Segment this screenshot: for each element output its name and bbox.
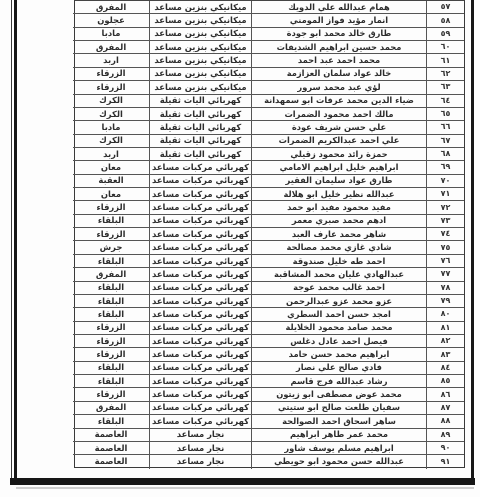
- serial-number-cell: ٧٦: [426, 255, 464, 268]
- serial-number-cell: ٨٥: [426, 375, 464, 388]
- full-name-cell: طارق خالد محمد ابو جودة: [251, 28, 426, 41]
- governorate-cell: البلقاء: [73, 295, 149, 308]
- trade-cell: كهربائي اليات ثقيلة: [149, 135, 251, 148]
- scanned-page: ٥٧همام عبدالله علي الدويكميكانيكي بنزين …: [0, 0, 480, 497]
- governorate-cell: المفرق: [73, 41, 149, 54]
- governorate-cell: الزرقاء: [73, 68, 149, 81]
- governorate-cell: البلقاء: [73, 362, 149, 375]
- governorate-cell: معان: [73, 161, 149, 174]
- trade-cell: ميكانيكي بنزين مساعد: [149, 14, 251, 27]
- full-name-cell: محمد عوض مصطفى ابو زيتون: [251, 388, 426, 401]
- serial-number-cell: ٨٩: [426, 429, 464, 442]
- full-name-cell: محمد عمر طاهر ابراهيم: [251, 429, 426, 442]
- full-name-cell: احمد طه خليل صندوقة: [251, 255, 426, 268]
- governorate-cell: جرش: [73, 241, 149, 254]
- serial-number-cell: ٦١: [426, 54, 464, 67]
- governorate-cell: البلقاء: [73, 308, 149, 321]
- governorate-cell: معان: [73, 188, 149, 201]
- governorate-cell: مادبا: [73, 28, 149, 41]
- governorate-cell: المفرق: [73, 268, 149, 281]
- serial-number-cell: ٧٥: [426, 241, 464, 254]
- trade-cell: كهربائي مركبات مساعد: [149, 348, 251, 361]
- full-name-cell: حمزة رائد محمود زقيلي: [251, 148, 426, 161]
- trade-cell: نجار مساعد: [149, 455, 251, 468]
- full-name-cell: علي حسن شريف عودة: [251, 121, 426, 134]
- trade-cell: كهربائي مركبات مساعد: [149, 322, 251, 335]
- serial-number-cell: ٨١: [426, 322, 464, 335]
- trade-cell: كهربائي مركبات مساعد: [149, 255, 251, 268]
- serial-number-cell: ٧٠: [426, 175, 464, 188]
- full-name-cell: امجد حسن احمد السطري: [251, 308, 426, 321]
- serial-number-cell: ٧٨: [426, 282, 464, 295]
- governorate-cell: البلقاء: [73, 282, 149, 295]
- serial-number-cell: ٨٣: [426, 348, 464, 361]
- trade-cell: ميكانيكي بنزين مساعد: [149, 54, 251, 67]
- governorate-cell: مادبا: [73, 121, 149, 134]
- full-name-cell: محمد صامد محمود الخلايلة: [251, 322, 426, 335]
- full-name-cell: عبدالهادي عليان محمد المشاقبة: [251, 268, 426, 281]
- serial-number-cell: ٨٤: [426, 362, 464, 375]
- trade-cell: كهربائي مركبات مساعد: [149, 282, 251, 295]
- personnel-roster-table: ٥٧همام عبدالله علي الدويكميكانيكي بنزين …: [74, 0, 465, 468]
- full-name-cell: ابراهيم مسلم يوسف شاور: [251, 442, 426, 455]
- trade-cell: كهربائي مركبات مساعد: [149, 188, 251, 201]
- trade-cell: كهربائي اليات ثقيلة: [149, 121, 251, 134]
- trade-cell: كهربائي مركبات مساعد: [149, 402, 251, 415]
- full-name-cell: ضياء الدين محمد عرفات ابو سمهدانة: [251, 95, 426, 108]
- trade-cell: نجار مساعد: [149, 429, 251, 442]
- full-name-cell: همام عبدالله علي الدويك: [251, 1, 426, 14]
- serial-number-cell: ٧٧: [426, 268, 464, 281]
- governorate-cell: الزرقاء: [73, 228, 149, 241]
- serial-number-cell: ٧٢: [426, 201, 464, 214]
- serial-number-cell: ٦٩: [426, 161, 464, 174]
- serial-number-cell: ٦٧: [426, 135, 464, 148]
- trade-cell: كهربائي مركبات مساعد: [149, 268, 251, 281]
- serial-number-cell: ٨٧: [426, 402, 464, 415]
- serial-number-cell: ٩٠: [426, 442, 464, 455]
- trade-cell: كهربائي اليات ثقيلة: [149, 148, 251, 161]
- full-name-cell: علي احمد عبدالكريم الضمرات: [251, 135, 426, 148]
- page-border-bottom-rule: [10, 478, 475, 485]
- full-name-cell: ابراهيم خليل ابراهيم الامامي: [251, 161, 426, 174]
- full-name-cell: انمار مؤيد فواز المومني: [251, 14, 426, 27]
- full-name-cell: شاهر محمد عارف العبد: [251, 228, 426, 241]
- full-name-cell: محمد حسين ابراهيم الشديفات: [251, 41, 426, 54]
- governorate-cell: البلقاء: [73, 215, 149, 228]
- serial-number-cell: ٧٣: [426, 215, 464, 228]
- serial-number-cell: ٧٤: [426, 228, 464, 241]
- serial-number-cell: ٧١: [426, 188, 464, 201]
- governorate-cell: العاصمة: [73, 429, 149, 442]
- trade-cell: كهربائي مركبات مساعد: [149, 415, 251, 428]
- full-name-cell: مالك احمد محمود الضمرات: [251, 108, 426, 121]
- governorate-cell: البلقاء: [73, 255, 149, 268]
- governorate-cell: المفرق: [73, 1, 149, 14]
- governorate-cell: البلقاء: [73, 375, 149, 388]
- serial-number-cell: ٨٢: [426, 335, 464, 348]
- governorate-cell: العاصمة: [73, 455, 149, 468]
- trade-cell: ميكانيكي بنزين مساعد: [149, 41, 251, 54]
- full-name-cell: عبدالله حسن محمود ابو حويطي: [251, 455, 426, 468]
- serial-number-cell: ٦٢: [426, 68, 464, 81]
- full-name-cell: عبدالله نظير خليل ابو هلالة: [251, 188, 426, 201]
- serial-number-cell: ٥٧: [426, 1, 464, 14]
- trade-cell: كهربائي مركبات مساعد: [149, 388, 251, 401]
- full-name-cell: عزو محمد عزو عبدالرحمن: [251, 295, 426, 308]
- full-name-cell: لؤي عبد محمد سرور: [251, 81, 426, 94]
- serial-number-cell: ٦٥: [426, 108, 464, 121]
- trade-cell: كهربائي مركبات مساعد: [149, 375, 251, 388]
- trade-cell: كهربائي مركبات مساعد: [149, 201, 251, 214]
- governorate-cell: العاصمة: [73, 442, 149, 455]
- trade-cell: ميكانيكي بنزين مساعد: [149, 1, 251, 14]
- full-name-cell: فيصل احمد عادل دغلس: [251, 335, 426, 348]
- trade-cell: كهربائي اليات ثقيلة: [149, 95, 251, 108]
- governorate-cell: الزرقاء: [73, 81, 149, 94]
- serial-number-cell: ٦٠: [426, 41, 464, 54]
- trade-cell: كهربائي مركبات مساعد: [149, 362, 251, 375]
- trade-cell: ميكانيكي بنزين مساعد: [149, 81, 251, 94]
- trade-cell: كهربائي مركبات مساعد: [149, 295, 251, 308]
- full-name-cell: طارق عواد سليمان الفقير: [251, 175, 426, 188]
- full-name-cell: خالد عواد سلمان العزازمة: [251, 68, 426, 81]
- full-name-cell: ساهر اسحاق احمد الصوالحة: [251, 415, 426, 428]
- trade-cell: كهربائي مركبات مساعد: [149, 175, 251, 188]
- full-name-cell: فادي صالح علي نصار: [251, 362, 426, 375]
- page-border-left-outer-rule: [11, 0, 12, 480]
- governorate-cell: الزرقاء: [73, 348, 149, 361]
- full-name-cell: ادهم محمد صبري معمر: [251, 215, 426, 228]
- governorate-cell: اربد: [73, 148, 149, 161]
- governorate-cell: عجلون: [73, 14, 149, 27]
- governorate-cell: الزرقاء: [73, 388, 149, 401]
- governorate-cell: اربد: [73, 54, 149, 67]
- trade-cell: كهربائي مركبات مساعد: [149, 335, 251, 348]
- serial-number-cell: ٦٤: [426, 95, 464, 108]
- full-name-cell: ابراهيم محمد حسن حامد: [251, 348, 426, 361]
- full-name-cell: احمد غالب محمد عوجة: [251, 282, 426, 295]
- governorate-cell: الزرقاء: [73, 322, 149, 335]
- trade-cell: كهربائي مركبات مساعد: [149, 161, 251, 174]
- governorate-cell: البلقاء: [73, 415, 149, 428]
- governorate-cell: الكرك: [73, 135, 149, 148]
- serial-number-cell: ٨٦: [426, 388, 464, 401]
- trade-cell: نجار مساعد: [149, 442, 251, 455]
- serial-number-cell: ٦٣: [426, 81, 464, 94]
- serial-number-cell: ٦٨: [426, 148, 464, 161]
- serial-number-cell: ٥٨: [426, 14, 464, 27]
- governorate-cell: الكرك: [73, 95, 149, 108]
- trade-cell: ميكانيكي بنزين مساعد: [149, 68, 251, 81]
- trade-cell: ميكانيكي بنزين مساعد: [149, 28, 251, 41]
- serial-number-cell: ٥٩: [426, 28, 464, 41]
- trade-cell: كهربائي مركبات مساعد: [149, 308, 251, 321]
- full-name-cell: مفيد محمود مفيد ابو حمد: [251, 201, 426, 214]
- full-name-cell: رشاد عبدالله فرج قاسم: [251, 375, 426, 388]
- governorate-cell: الكرك: [73, 108, 149, 121]
- trade-cell: كهربائي اليات ثقيلة: [149, 108, 251, 121]
- serial-number-cell: ٩١: [426, 455, 464, 468]
- trade-cell: كهربائي مركبات مساعد: [149, 241, 251, 254]
- governorate-cell: الزرقاء: [73, 335, 149, 348]
- serial-number-cell: ٨٨: [426, 415, 464, 428]
- full-name-cell: شادي غازي محمد مصالحة: [251, 241, 426, 254]
- serial-number-cell: ٧٩: [426, 295, 464, 308]
- governorate-cell: العقبة: [73, 175, 149, 188]
- full-name-cell: محمد احمد عبد احمد: [251, 54, 426, 67]
- governorate-cell: المفرق: [73, 402, 149, 415]
- full-name-cell: سفيان طلعت صالح ابو ستيتي: [251, 402, 426, 415]
- page-border-left-inner-rule: [14, 0, 17, 481]
- serial-number-cell: ٨٠: [426, 308, 464, 321]
- scan-shadow-line: [16, 487, 474, 489]
- serial-number-cell: ٦٦: [426, 121, 464, 134]
- trade-cell: كهربائي مركبات مساعد: [149, 228, 251, 241]
- page-border-right-rule: [471, 0, 474, 481]
- governorate-cell: الزرقاء: [73, 201, 149, 214]
- trade-cell: كهربائي مركبات مساعد: [149, 215, 251, 228]
